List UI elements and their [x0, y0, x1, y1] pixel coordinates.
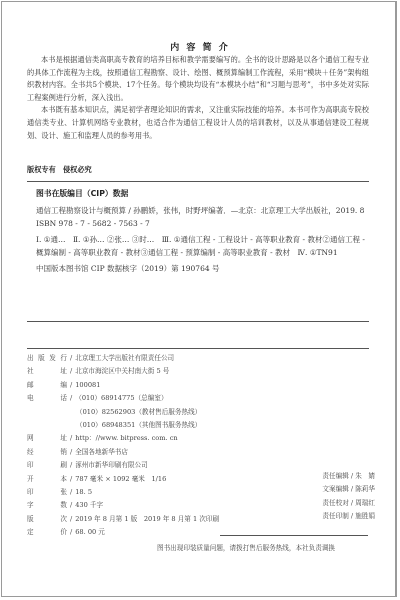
cip-heading: 图书在版编目（CIP）数据	[36, 188, 128, 199]
pub-publisher: 北京理工大学出版社有限责任公司	[75, 352, 174, 365]
pub-row-address: 社址/北京市海淀区中关村南大街 5 号	[27, 365, 257, 378]
pub-phone-2: （010）82562903（教材售后服务热线）	[27, 406, 201, 419]
pub-address: 北京市海淀区中关村南大街 5 号	[75, 365, 169, 378]
pub-postcode: 100081	[75, 379, 100, 392]
staff-row: 责任编辑 / 朱 婧	[280, 470, 375, 483]
pub-phone-1: （010）68914775（总编室）	[75, 392, 167, 405]
pub-phone-3: （010）68948351（其他图书服务热线）	[27, 419, 201, 432]
cip-catalog-number: 中国版本图书馆 CIP 数据核字（2019）第 190764 号	[27, 262, 369, 275]
pub-row-format: 开本/787 毫米 × 1092 毫米 1/16	[27, 473, 257, 486]
cip-block: 通信工程勘察设计与概预算 / 孙鹏娇，张伟，时野坪编著．—北京：北京理工大学出版…	[27, 204, 369, 275]
pub-row-edition: 版次/2019 年 8 月第 1 版 2019 年 8 月第 1 次印刷	[27, 513, 257, 526]
pub-website: http：//www. bitpress. com. cn	[75, 432, 177, 445]
staff-row: 责任校对 / 周瑞红	[280, 497, 375, 510]
pub-row-phone-2: （010）82562903（教材售后服务热线）	[27, 406, 257, 419]
pub-price: 68. 00 元	[75, 526, 105, 539]
pub-row-postcode: 邮编/100081	[27, 379, 257, 392]
summary-paragraph-2: 本书既有基本知识点，满足初学者理论知识的需求，又注重实际技能的培养。本书可作为高…	[27, 104, 369, 142]
staff-row: 责任印制 / 施胜娟	[280, 510, 375, 523]
cip-subjects: Ⅰ. ①通… Ⅱ. ①孙… ②张… ③时… Ⅲ. ①通信工程 - 工程设计 - …	[27, 233, 369, 259]
pub-edition: 2019 年 8 月第 1 版 2019 年 8 月第 1 次印刷	[75, 513, 219, 526]
pub-distributor: 全国各地新华书店	[75, 446, 128, 459]
pub-row-printer: 印刷/涿州市新华印刷有限公司	[27, 459, 257, 472]
divider-top	[27, 181, 369, 182]
pub-row-publisher: 出版发行/北京理工大学出版社有限责任公司	[27, 352, 257, 365]
pub-row-price: 定价/68. 00 元	[27, 526, 257, 539]
staff-row: 文案编辑 / 陈莉华	[280, 483, 375, 496]
pub-row-phone-3: （010）68948351（其他图书服务热线）	[27, 419, 257, 432]
pub-row-distributor: 经销/全国各地新华书店	[27, 446, 257, 459]
divider-bottom	[220, 535, 368, 536]
summary-title: 内 容 简 介	[0, 40, 400, 53]
cip-entry: 通信工程勘察设计与概预算 / 孙鹏娇，张伟，时野坪编著．—北京：北京理工大学出版…	[27, 204, 369, 217]
summary-paragraph-1: 本书是根据通信类高职高专教育的培养目标和教学需要编写的。全书的设计思路是以各个通…	[27, 54, 369, 104]
pub-row-sheets: 印张/18. 5	[27, 486, 257, 499]
quality-notice: 图书出现印装质量问题，请拨打售后服务热线，本社负责调换	[157, 542, 335, 552]
staff-credits: 责任编辑 / 朱 婧 文案编辑 / 陈莉华 责任校对 / 周瑞红 责任印制 / …	[280, 470, 375, 524]
divider-publication-top	[27, 348, 369, 349]
summary-body: 本书是根据通信类高职高专教育的培养目标和教学需要编写的。全书的设计思路是以各个通…	[27, 54, 369, 142]
pub-sheets: 18. 5	[75, 486, 92, 499]
pub-row-website: 网址/http：//www. bitpress. com. cn	[27, 432, 257, 445]
pub-printer: 涿州市新华印刷有限公司	[75, 459, 148, 472]
pub-row-wordcount: 字数/430 千字	[27, 499, 257, 512]
pub-wordcount: 430 千字	[75, 499, 103, 512]
pub-row-phone: 电话/（010）68914775（总编室）	[27, 392, 257, 405]
publication-info: 出版发行/北京理工大学出版社有限责任公司 社址/北京市海淀区中关村南大街 5 号…	[27, 352, 257, 540]
pub-format: 787 毫米 × 1092 毫米 1/16	[75, 473, 166, 486]
cip-isbn: ISBN 978 - 7 - 5682 - 7563 - 7	[27, 217, 369, 230]
copyright-notice: 版权专有 侵权必究	[27, 165, 92, 175]
divider-cip-bottom	[27, 321, 369, 322]
